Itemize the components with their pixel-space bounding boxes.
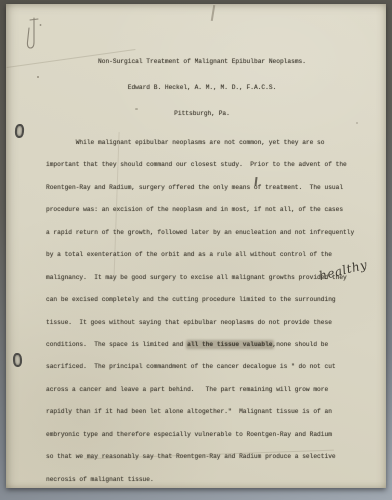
paper-crease	[211, 5, 215, 21]
typed-line: rapidly than if it had been let alone al…	[46, 401, 358, 423]
document-page: Non-Surgical Treatment of Malignant Epib…	[6, 4, 386, 488]
typed-line: by a total exenteration of the orbit and…	[46, 244, 358, 266]
typed-line: across a cancer and leave a part behind.…	[46, 379, 358, 401]
typed-line: tissue. It goes without saying that epib…	[46, 312, 358, 334]
typed-line: important that they should command our c…	[46, 154, 358, 176]
typed-line: so that we may reasonably say that Roent…	[46, 446, 358, 468]
typed-line: sacrificed. The principal commandment of…	[46, 356, 358, 378]
paperclip-stain-icon	[24, 14, 44, 56]
binding-grommet-icon	[13, 353, 23, 367]
typed-line: conditions. The space is limited and all…	[46, 334, 358, 356]
typed-line: can be excised completely and the cuttin…	[46, 289, 358, 311]
location-line: Pittsburgh, Pa.	[46, 106, 358, 132]
author-line: Edward B. Heckel, A. M., M. D., F.A.C.S.	[46, 80, 358, 106]
typed-body: While malignant epibulbar neoplasms are …	[46, 132, 358, 491]
typed-line: malignancy. It may be good surgery to ex…	[46, 267, 358, 289]
photo-backdrop: Non-Surgical Treatment of Malignant Epib…	[0, 0, 392, 500]
document-title: Non-Surgical Treatment of Malignant Epib…	[46, 54, 358, 80]
typed-over-correction: all the tissue valuable	[187, 341, 272, 348]
binding-grommet-icon	[15, 124, 25, 139]
typed-line: embryonic type and therefore especially …	[46, 424, 358, 446]
typed-line: procedure was: an excision of the neopla…	[46, 199, 358, 221]
typed-line: Roentgen-Ray and Radium, surgery offered…	[46, 177, 358, 199]
typed-line: While malignant epibulbar neoplasms are …	[46, 132, 358, 154]
typed-line: a rapid return of the growth, followed l…	[46, 222, 358, 244]
typed-line: necrosis of malignant tissue.	[46, 469, 358, 491]
paper-speck	[37, 76, 39, 78]
typed-text-block: Non-Surgical Treatment of Malignant Epib…	[46, 54, 358, 491]
